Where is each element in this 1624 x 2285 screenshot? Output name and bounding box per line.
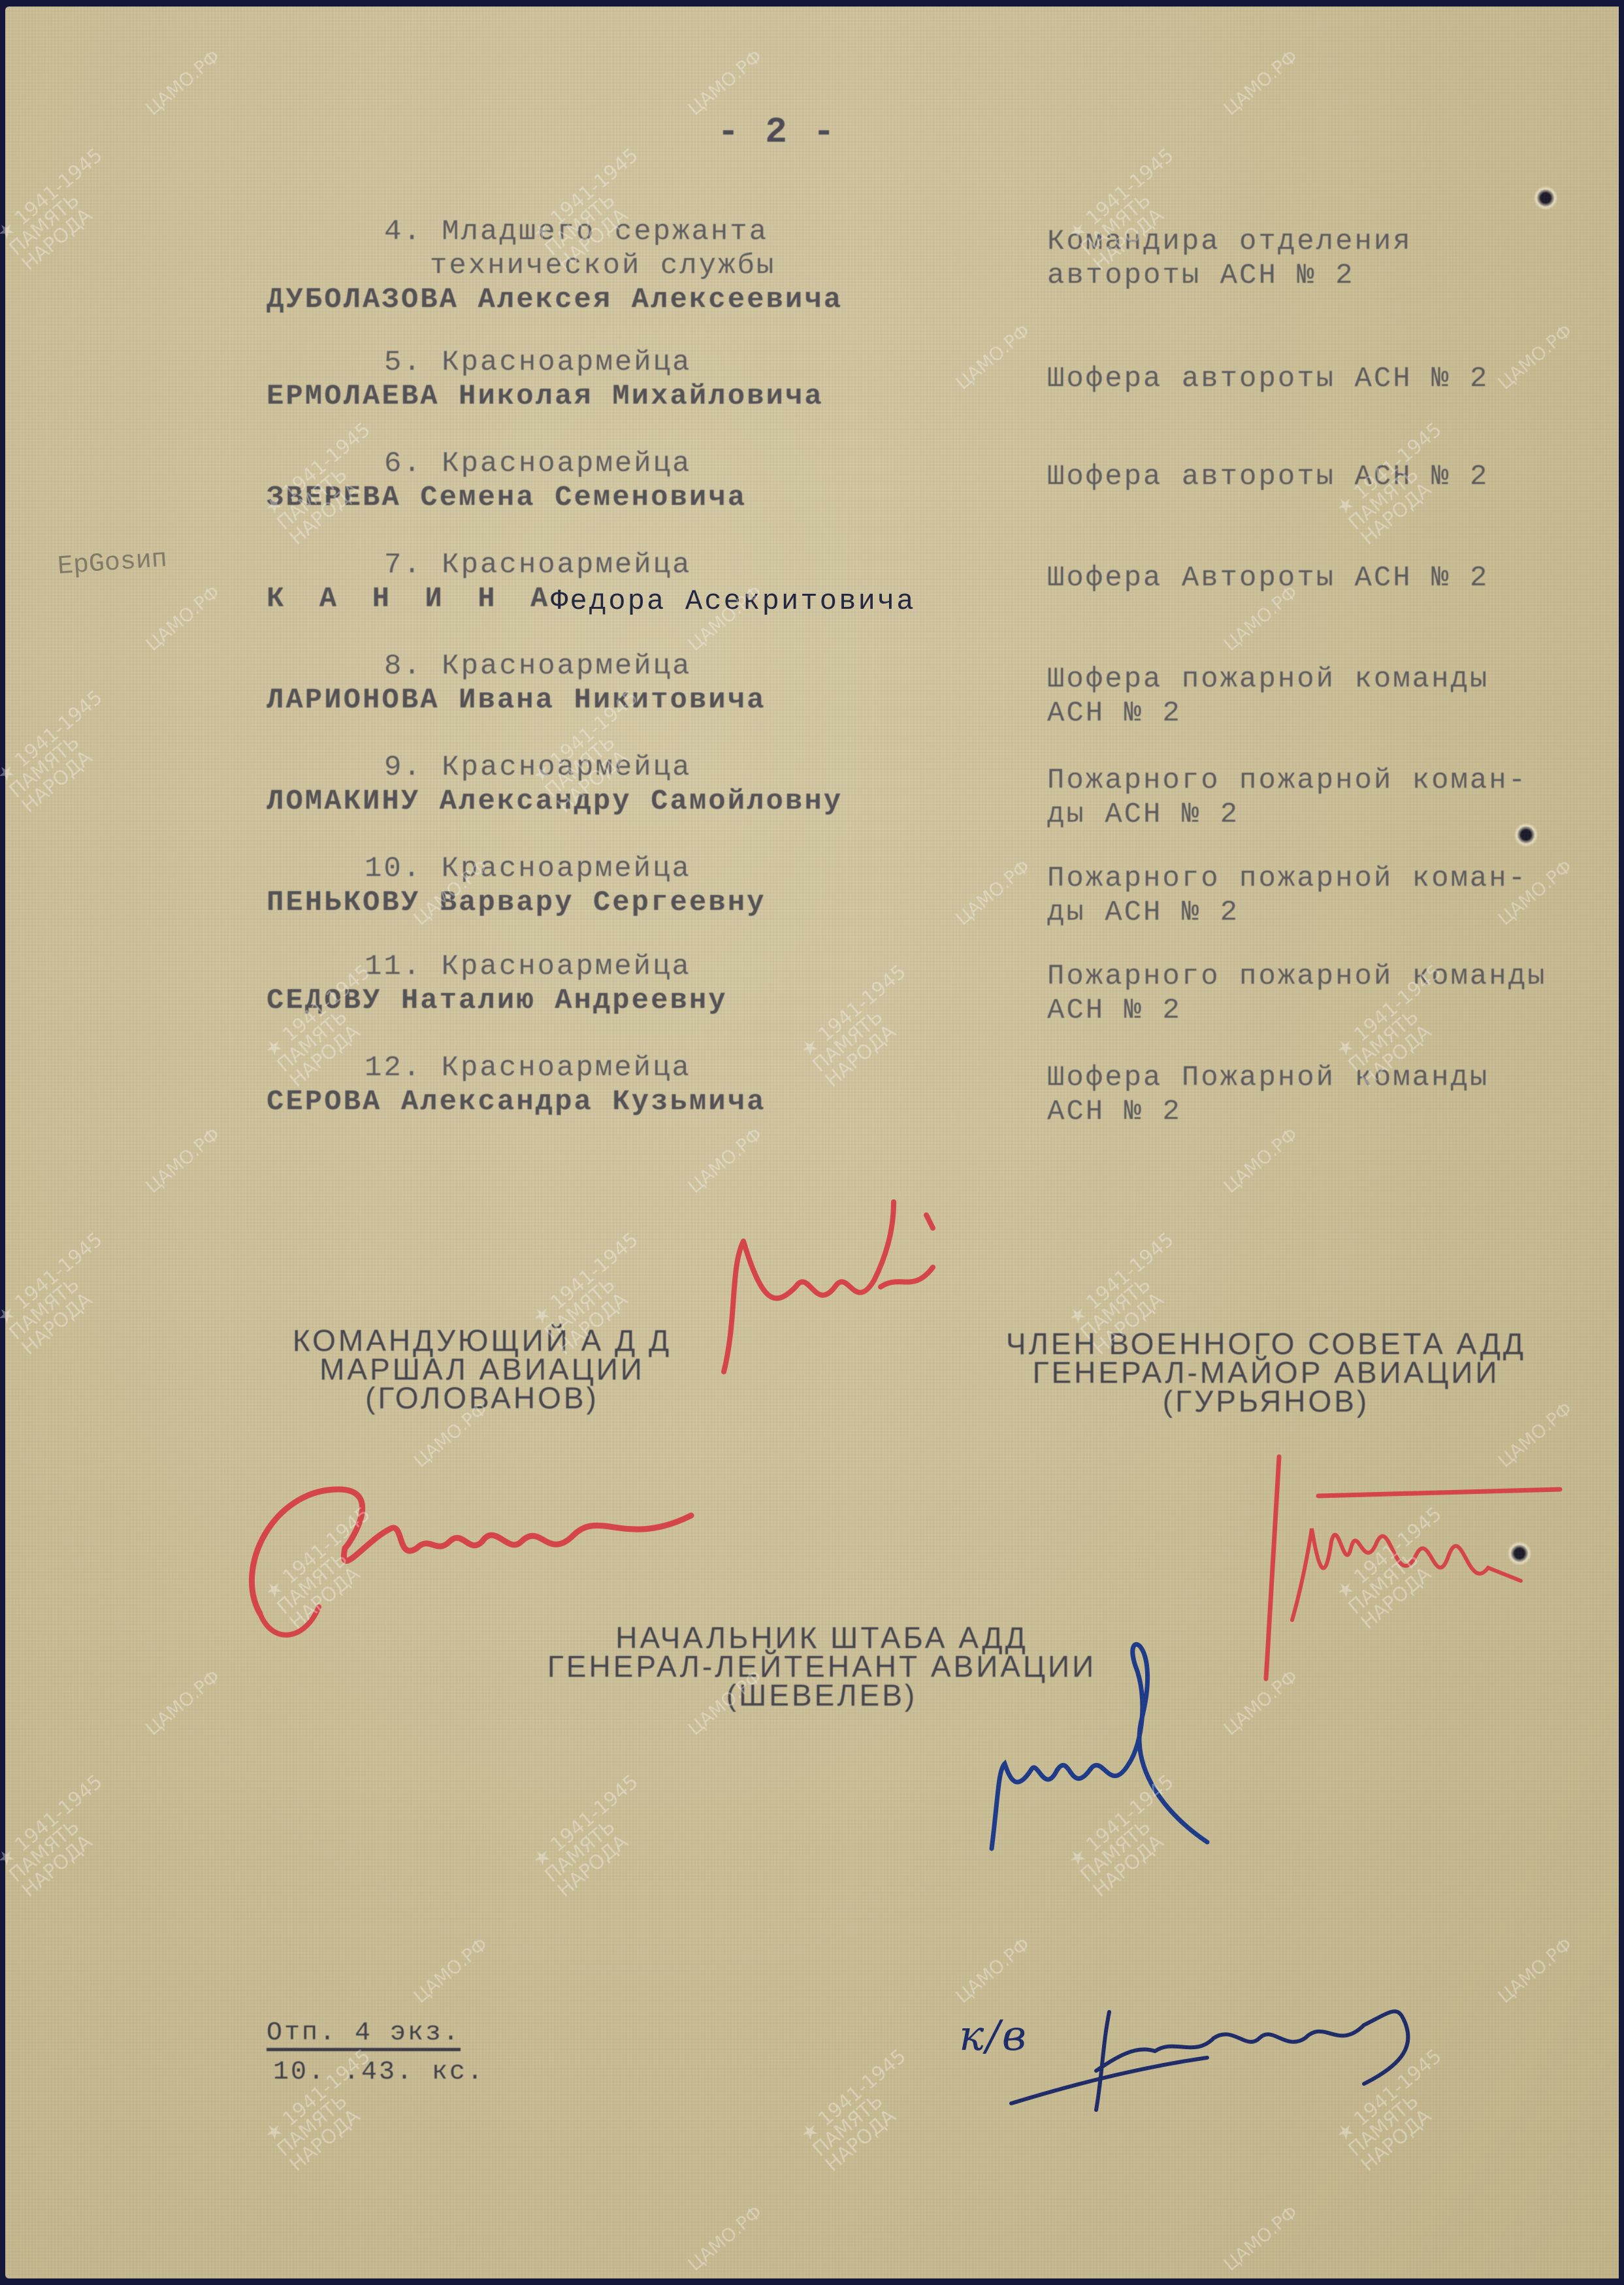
entry-number: 11. [365,950,422,983]
blue-signature-verifier [998,1986,1586,2130]
entry-number: 6. [384,447,423,480]
watermark-camo: ЦАМО.РФ [142,46,224,120]
watermark-pamyat-naroda: ★ 1941-1945ПАМЯТЬНАРОДА [0,1230,131,1359]
copies-count: Отп. 4 экз. [267,2018,461,2051]
copies-note: Отп. 4 экз. [267,2018,461,2048]
staple-hole [1534,186,1557,210]
entry-11-position-line1: Пожарного пожарной команды [1047,960,1547,993]
entry-10-position-line2: ды АСН № 2 [1047,896,1239,929]
entry-12-position-line1: Шофера Пожарной команды [1047,1061,1489,1094]
watermark-camo: ЦАМО.РФ [684,46,766,120]
entry-number: 10. [365,852,422,885]
entry-name: СЕДОВУ Наталию Андреевну [267,984,728,1017]
entry-5-position-line1: Шофера автороты АСН № 2 [1047,363,1489,395]
red-signature-guryanov [1246,1444,1586,1692]
margin-handwritten-note: ЕрGоsип [57,545,169,582]
watermark-camo: ЦАМО.РФ [952,856,1034,930]
entry-9-position-line2: ды АСН № 2 [1047,798,1239,831]
entry-8-position-line2: АСН № 2 [1047,697,1182,730]
watermark-camo: ЦАМО.РФ [952,320,1034,394]
entry-rank: Красноармейца [442,852,691,885]
watermark-pamyat-naroda: ★ 1941-1945ПАМЯТЬНАРОДА [0,1772,131,1901]
entry-given-name: Федора Асекритовича [551,585,916,618]
council-member-name: (ГУРЬЯНОВ) [985,1387,1547,1416]
staple-hole [1508,1542,1531,1565]
commander-title: КОМАНДУЮЩИЙ А Д Д [267,1326,698,1355]
entry-rank: Красноармейца [442,1052,691,1084]
entry-name: ЛОМАКИНУ Александру Самойловну [267,785,843,818]
council-member-rank: ГЕНЕРАЛ-МАЙОР АВИАЦИИ [985,1358,1547,1387]
typist-date-note: 10. .43. кс. [273,2058,485,2087]
watermark-camo: ЦАМО.РФ [142,1124,224,1197]
watermark-camo: ЦАМО.РФ [410,1934,492,2007]
staple-hole [1514,823,1538,847]
watermark-camo: ЦАМО.РФ [684,2201,766,2275]
entry-number: 9. [384,751,423,784]
entry-rank: Красноармейца [442,751,691,784]
watermark-pamyat-naroda: ★ 1941-1945ПАМЯТЬНАРОДА [797,962,935,1091]
entry-10-position-line1: Пожарного пожарной коман- [1047,862,1527,895]
entry-name: ЛАРИОНОВА Ивана Никитовича [267,684,766,717]
page-number: - 2 - [717,111,837,153]
blue-signature-shevelev [972,1600,1273,1881]
entry-6-position-line1: Шофера автороты АСН № 2 [1047,461,1489,493]
entry-number: 8. [384,650,423,683]
commander-name: (ГОЛОВАНОВ) [267,1384,698,1412]
entry-rank: Красноармейца [442,650,691,683]
commander-rank: МАРШАЛ АВИАЦИИ [267,1355,698,1384]
entry-4-position-line2: автороты АСН № 2 [1047,259,1354,292]
entry-name: СЕРОВА Александра Кузьмича [267,1086,766,1118]
entry-name: ЗВЕРЕВА Семена Семеновича [267,481,747,514]
entry-7-position-line1: Шофера Автороты АСН № 2 [1047,562,1489,594]
watermark-pamyat-naroda: ★ 1941-1945ПАМЯТЬНАРОДА [0,688,131,817]
watermark-pamyat-naroda: ★ 1941-1945ПАМЯТЬНАРОДА [529,1772,667,1901]
entry-rank-line2: технической службы [430,250,775,282]
entry-name: ДУБОЛАЗОВА Алексея Алексеевича [267,284,843,316]
entry-rank: Красноармейца [442,346,691,379]
entry-name: ЕРМОЛАЕВА Николая Михайловича [267,380,824,413]
entry-name: ПЕНЬКОВУ Варвару Сергеевну [267,886,766,919]
entry-rank: Красноармейца [442,549,691,581]
watermark-camo: ЦАМО.РФ [1494,320,1576,394]
entry-number: 4. Младшего сержанта [384,216,768,248]
watermark-pamyat-naroda: ★ 1941-1945ПАМЯТЬНАРОДА [797,2047,935,2175]
watermark-camo: ЦАМО.РФ [142,581,224,655]
watermark-camo: ЦАМО.РФ [1220,2201,1302,2275]
entry-surname: К А Н И Н А [267,583,557,615]
commander-signature-block: КОМАНДУЮЩИЙ А Д Д МАРШАЛ АВИАЦИИ (ГОЛОВА… [267,1326,698,1412]
red-signature-golovanov [234,1450,704,1659]
entry-number: 5. [384,346,423,379]
entry-number: 7. [384,549,423,581]
council-member-title: ЧЛЕН ВОЕННОГО СОВЕТА АДД [985,1329,1547,1358]
watermark-camo: ЦАМО.РФ [142,1666,224,1740]
entry-rank: Красноармейца [442,950,691,983]
document-page: - 2 - 4. Младшего сержанта технической с… [5,7,1619,2278]
red-signature-golovanov-upper [685,1189,959,1385]
council-member-signature-block: ЧЛЕН ВОЕННОГО СОВЕТА АДД ГЕНЕРАЛ-МАЙОР А… [985,1329,1547,1416]
entry-number: 12. [365,1052,422,1084]
watermark-camo: ЦАМО.РФ [1220,46,1302,120]
entry-9-position-line1: Пожарного пожарной коман- [1047,764,1527,797]
watermark-camo: ЦАМО.РФ [1220,1124,1302,1197]
watermark-pamyat-naroda: ★ 1941-1945ПАМЯТЬНАРОДА [0,146,131,274]
entry-rank: Красноармейца [442,447,691,480]
entry-8-position-line1: Шофера пожарной команды [1047,663,1489,696]
entry-4-position-line1: Командира отделения [1047,225,1412,258]
entry-11-position-line2: АСН № 2 [1047,994,1182,1027]
watermark-camo: ЦАМО.РФ [684,1124,766,1197]
entry-12-position-line2: АСН № 2 [1047,1095,1182,1128]
